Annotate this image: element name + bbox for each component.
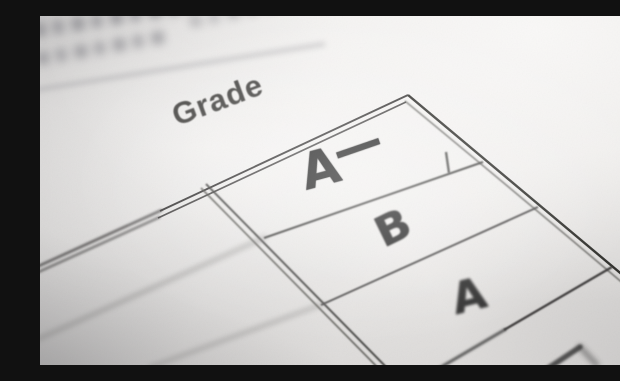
grade-sheet-photo: Grade A— B A [40, 16, 620, 365]
stray-tick-mark [446, 152, 449, 173]
row-separator-1 [40, 152, 483, 340]
partial-grade-mark [547, 347, 597, 365]
